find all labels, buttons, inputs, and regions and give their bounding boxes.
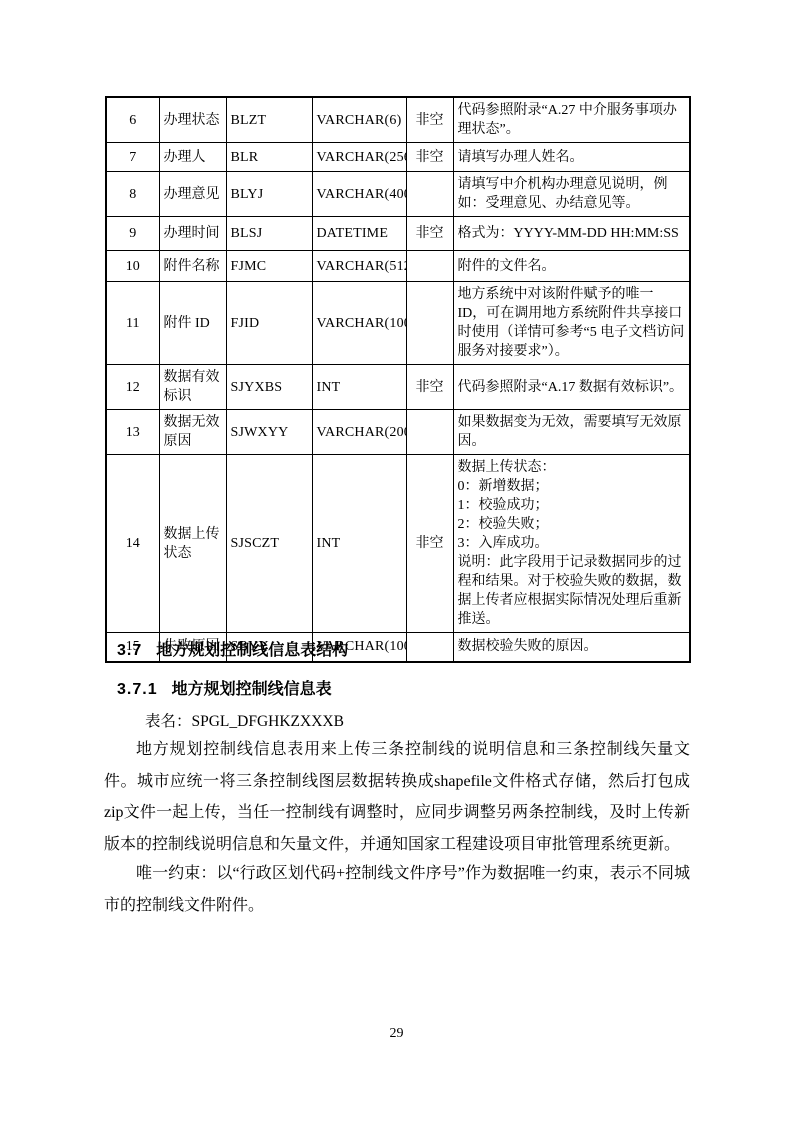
field-required bbox=[406, 172, 453, 217]
field-description: 代码参照附录“A.27 中介服务事项办理状态”。 bbox=[453, 97, 690, 143]
field-code: SJYXBS bbox=[226, 365, 312, 410]
section-heading-3-7: 3.7地方规划控制线信息表结构 bbox=[117, 637, 348, 660]
field-type: VARCHAR(100) bbox=[312, 282, 406, 365]
field-number: 14 bbox=[106, 455, 159, 633]
field-description: 地方系统中对该附件赋予的唯一 ID，可在调用地方系统附件共享接口时使用（详情可参… bbox=[453, 282, 690, 365]
field-number: 6 bbox=[106, 97, 159, 143]
field-type: VARCHAR(4000) bbox=[312, 172, 406, 217]
field-number: 13 bbox=[106, 410, 159, 455]
field-code: BLR bbox=[226, 143, 312, 172]
field-required bbox=[406, 251, 453, 282]
field-required bbox=[406, 410, 453, 455]
table-row: 6 办理状态 BLZT VARCHAR(6) 非空 代码参照附录“A.27 中介… bbox=[106, 97, 690, 143]
field-required bbox=[406, 282, 453, 365]
field-table: 6 办理状态 BLZT VARCHAR(6) 非空 代码参照附录“A.27 中介… bbox=[105, 96, 691, 663]
section-heading-3-7-1: 3.7.1地方规划控制线信息表 bbox=[117, 676, 332, 699]
field-code: BLYJ bbox=[226, 172, 312, 217]
field-code: SJWXYY bbox=[226, 410, 312, 455]
field-number: 12 bbox=[106, 365, 159, 410]
paragraph-1: 地方规划控制线信息表用来上传三条控制线的说明信息和三条控制线矢量文件。城市应统一… bbox=[104, 734, 690, 860]
field-number: 8 bbox=[106, 172, 159, 217]
field-type: INT bbox=[312, 365, 406, 410]
field-code: BLSJ bbox=[226, 217, 312, 251]
field-name: 数据上传状态 bbox=[159, 455, 226, 633]
field-type: INT bbox=[312, 455, 406, 633]
page-number: 29 bbox=[0, 1026, 793, 1042]
field-type: VARCHAR(200) bbox=[312, 410, 406, 455]
field-description: 请填写办理人姓名。 bbox=[453, 143, 690, 172]
field-type: VARCHAR(6) bbox=[312, 97, 406, 143]
field-type: VARCHAR(256) bbox=[312, 143, 406, 172]
table-row: 8 办理意见 BLYJ VARCHAR(4000) 请填写中介机构办理意见说明，… bbox=[106, 172, 690, 217]
field-name: 办理人 bbox=[159, 143, 226, 172]
field-description: 代码参照附录“A.17 数据有效标识”。 bbox=[453, 365, 690, 410]
document-page: 6 办理状态 BLZT VARCHAR(6) 非空 代码参照附录“A.27 中介… bbox=[0, 0, 793, 1122]
field-code: FJID bbox=[226, 282, 312, 365]
field-description: 请填写中介机构办理意见说明，例如：受理意见、办结意见等。 bbox=[453, 172, 690, 217]
section-number: 3.7.1 bbox=[117, 681, 158, 698]
table-row: 9 办理时间 BLSJ DATETIME 非空 格式为：YYYY-MM-DD H… bbox=[106, 217, 690, 251]
field-name: 办理时间 bbox=[159, 217, 226, 251]
section-title: 地方规划控制线信息表 bbox=[172, 681, 332, 698]
table-row: 12 数据有效标识 SJYXBS INT 非空 代码参照附录“A.17 数据有效… bbox=[106, 365, 690, 410]
field-code: SJSCZT bbox=[226, 455, 312, 633]
field-required: 非空 bbox=[406, 143, 453, 172]
field-number: 11 bbox=[106, 282, 159, 365]
field-code: BLZT bbox=[226, 97, 312, 143]
field-type: VARCHAR(512) bbox=[312, 251, 406, 282]
field-required: 非空 bbox=[406, 217, 453, 251]
field-required: 非空 bbox=[406, 455, 453, 633]
field-required: 非空 bbox=[406, 365, 453, 410]
paragraph-2: 唯一约束：以“行政区划代码+控制线文件序号”作为数据唯一约束，表示不同城市的控制… bbox=[104, 858, 690, 921]
field-description: 附件的文件名。 bbox=[453, 251, 690, 282]
field-description: 数据校验失败的原因。 bbox=[453, 633, 690, 662]
table-name-line: 表名：SPGL_DFGHKZXXXB bbox=[145, 709, 344, 731]
field-name: 办理意见 bbox=[159, 172, 226, 217]
field-name: 数据无效原因 bbox=[159, 410, 226, 455]
field-type: DATETIME bbox=[312, 217, 406, 251]
field-name: 数据有效标识 bbox=[159, 365, 226, 410]
field-name: 附件名称 bbox=[159, 251, 226, 282]
table-row: 7 办理人 BLR VARCHAR(256) 非空 请填写办理人姓名。 bbox=[106, 143, 690, 172]
field-required: 非空 bbox=[406, 97, 453, 143]
section-number: 3.7 bbox=[117, 642, 142, 659]
field-description: 格式为：YYYY-MM-DD HH:MM:SS bbox=[453, 217, 690, 251]
field-name: 办理状态 bbox=[159, 97, 226, 143]
table-row: 11 附件 ID FJID VARCHAR(100) 地方系统中对该附件赋予的唯… bbox=[106, 282, 690, 365]
field-description: 数据上传状态： 0：新增数据； 1：校验成功； 2：校验失败； 3：入库成功。 … bbox=[453, 455, 690, 633]
field-number: 7 bbox=[106, 143, 159, 172]
field-number: 10 bbox=[106, 251, 159, 282]
table-row: 14 数据上传状态 SJSCZT INT 非空 数据上传状态： 0：新增数据； … bbox=[106, 455, 690, 633]
field-code: FJMC bbox=[226, 251, 312, 282]
table-row: 13 数据无效原因 SJWXYY VARCHAR(200) 如果数据变为无效，需… bbox=[106, 410, 690, 455]
section-title: 地方规划控制线信息表结构 bbox=[156, 642, 348, 659]
table-row: 10 附件名称 FJMC VARCHAR(512) 附件的文件名。 bbox=[106, 251, 690, 282]
field-name: 附件 ID bbox=[159, 282, 226, 365]
field-number: 9 bbox=[106, 217, 159, 251]
field-required bbox=[406, 633, 453, 662]
field-description: 如果数据变为无效，需要填写无效原因。 bbox=[453, 410, 690, 455]
